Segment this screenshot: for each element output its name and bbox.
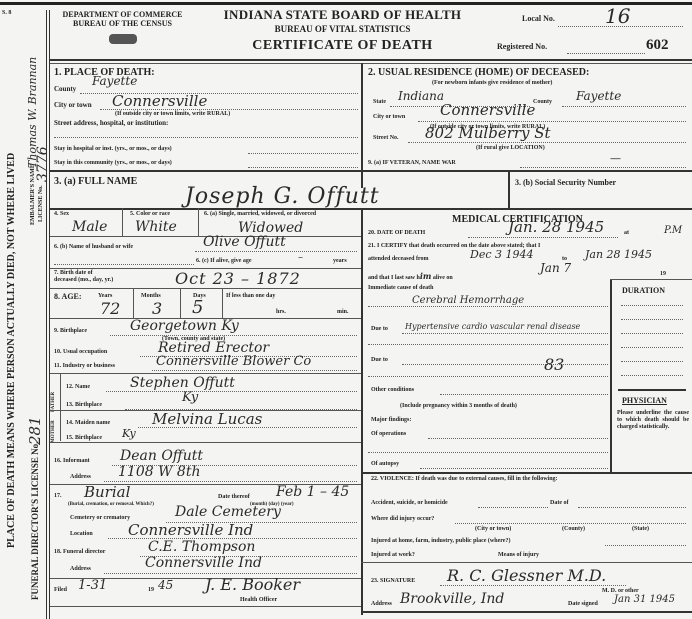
date-signed-value: Jan 31 1945 — [614, 594, 675, 605]
death-street-line — [54, 137, 358, 138]
duration-line-6 — [621, 375, 683, 376]
due-to-spacer-line — [368, 344, 608, 345]
disposition-method-value: Burial — [84, 483, 130, 501]
cemetery-label: Cemetery or crematory — [70, 515, 130, 521]
due-to-label-2: Due to — [371, 357, 388, 363]
industry-value: Connersville Blower Co — [156, 354, 311, 369]
bottom-divider-left — [50, 606, 361, 607]
health-officer-label: Health Officer — [240, 597, 277, 603]
full-name-value: Joseph G. Offutt — [185, 184, 380, 209]
pregnancy-note: (Include pregnancy within 3 months of de… — [400, 403, 517, 409]
min-label: min. — [337, 309, 349, 315]
res-street-line — [408, 142, 686, 143]
dept-line2: BUREAU OF THE CENSUS — [55, 19, 190, 28]
industry-line — [152, 370, 357, 371]
res-city-line — [418, 121, 686, 122]
time-label: at — [624, 230, 629, 236]
last-saw-label: and that I last saw him alive on — [368, 271, 453, 281]
injured-at-line — [605, 545, 686, 546]
certificate-title-block: INDIANA STATE BOARD OF HEALTH BUREAU OF … — [200, 7, 485, 54]
age-lt-day-label: If less than one day — [226, 293, 275, 299]
spouse-line — [195, 251, 357, 252]
age-days-value: 5 — [192, 297, 203, 318]
father-birthplace-label: 13. Birthplace — [66, 402, 102, 408]
informant-label: 16. Informant — [54, 458, 90, 464]
res-street-note: (If rural give LOCATION) — [476, 145, 545, 151]
accident-label: Accident, suicide, or homicide — [371, 500, 448, 506]
embalmer-license-value: 3776 — [35, 146, 51, 182]
embalmer-license-label: LICENSE No. — [38, 185, 44, 222]
row-divider-8 — [50, 288, 361, 289]
death-city-value: Connersville — [112, 92, 207, 110]
father-tag: FATHER — [51, 392, 56, 412]
birthplace-label: 9. Birthplace — [54, 328, 87, 334]
mother-maiden-value: Melvina Lucas — [152, 410, 262, 428]
mother-birthplace-value: Ky — [122, 427, 136, 440]
signature-value: R. C. Glessner M.D. — [447, 566, 606, 585]
age-divider-3 — [222, 288, 223, 318]
physician-heading: PHYSICIAN — [622, 396, 667, 405]
immediate-cause-value: Cerebral Hemorrhage — [412, 295, 524, 306]
stay-community-label: Stay in this community (yrs., or mos., o… — [54, 160, 172, 166]
birth-date-value: Oct 23 – 1872 — [175, 269, 301, 288]
other-conditions-line — [440, 394, 608, 395]
disposition-method-note: (Burial, cremation, or removal. Which?) — [68, 502, 154, 507]
duration-line-4 — [621, 347, 683, 348]
death-county-value: Fayette — [92, 74, 137, 88]
signature-line — [440, 585, 626, 586]
due-to-value-2: 83 — [544, 355, 564, 374]
row-divider-11 — [50, 373, 361, 374]
where-note-city: (City or town) — [475, 526, 511, 532]
autopsy-line — [420, 468, 608, 469]
hrs-label: hrs. — [276, 309, 286, 315]
header-divider — [50, 59, 692, 61]
full-name-label: 3. (a) FULL NAME — [54, 176, 137, 187]
header-divider-2 — [50, 63, 692, 64]
duration-line-5 — [621, 361, 683, 362]
duration-line-1 — [621, 305, 683, 306]
location-label: Location — [70, 531, 93, 537]
where-line — [455, 523, 686, 524]
signer-address-value: Brookville, Ind — [400, 591, 504, 607]
informant-address-line — [104, 481, 357, 482]
bureau-title: BUREAU OF VITAL STATISTICS — [200, 24, 485, 34]
row-divider-15 — [50, 442, 361, 443]
certificate-title: CERTIFICATE OF DEATH — [200, 38, 485, 54]
signature-divider — [361, 562, 692, 563]
filed-date: 1-31 — [78, 578, 107, 593]
due-to-value-1: Hypertensive cardio vascular renal disea… — [405, 322, 580, 331]
res-county-label: County — [533, 99, 552, 105]
margin-rule-2 — [49, 10, 50, 619]
operations-line-2 — [368, 452, 608, 453]
mother-tag: MOTHER — [51, 420, 56, 443]
funeral-director-address-value: Connersville Ind — [145, 555, 262, 571]
registered-no-label: Registered No. — [497, 42, 547, 51]
registered-no-line — [567, 53, 645, 54]
other-conditions-label: Other conditions — [371, 387, 414, 393]
birth-date-label-line1: 7. Birth date of — [54, 270, 113, 277]
last-saw-suffix: im — [420, 271, 432, 281]
death-city-note: (If outside city or town limits, write R… — [115, 111, 230, 117]
informant-value: Dean Offutt — [120, 448, 203, 464]
section-divider-1 — [50, 170, 692, 172]
ssn-divider — [508, 170, 510, 210]
section-divider-2 — [50, 208, 692, 210]
age-divider-2 — [180, 288, 181, 318]
disposition-date-label: Date thereof — [218, 494, 250, 500]
age-years-value: 72 — [100, 299, 120, 318]
filed-year: 45 — [158, 578, 173, 592]
place-of-death-note: PLACE OF DEATH MEANS WHERE PERSON ACTUAL… — [6, 153, 17, 548]
marital-label: 6. (a) Single, married, widowed, or divo… — [204, 211, 354, 218]
res-county-line — [562, 106, 686, 107]
date-of-death-value: Jan. 28 1945 — [508, 218, 604, 236]
spouse-age-prefix-line — [54, 264, 194, 265]
census-seal-icon — [109, 34, 137, 44]
informant-address-value: 1108 W 8th — [118, 464, 200, 480]
duration-heading: DURATION — [622, 286, 665, 295]
race-label: 5. Color or race — [130, 211, 170, 217]
where-note-county: (County) — [562, 526, 585, 532]
stay-community-line — [248, 167, 358, 168]
date-of-label: Date of — [550, 500, 569, 506]
veteran-value: — — [610, 152, 621, 165]
birthplace-line — [110, 335, 357, 336]
funeral-director-address-line — [104, 573, 357, 574]
birth-date-label: 7. Birth date of deceased (mo., day, yr.… — [54, 270, 113, 284]
funeral-license-value: 281 — [26, 416, 44, 445]
duration-box-left — [610, 279, 612, 472]
spouse-label: 6. (b) Name of husband or wife — [54, 244, 133, 250]
top-border — [0, 2, 692, 5]
age-label: 8. AGE: — [54, 292, 82, 301]
res-county-value: Fayette — [576, 89, 621, 103]
due-to-label-1: Due to — [371, 326, 388, 332]
father-name-value: Stephen Offutt — [130, 375, 235, 391]
alive-on-value: Jan 7 — [540, 261, 571, 275]
attended-from-value: Dec 3 1944 — [470, 248, 533, 261]
death-street-label: Street address, hospital, or institution… — [54, 119, 168, 127]
cemetery-value: Dale Cemetery — [175, 504, 281, 520]
race-marital-divider — [198, 208, 199, 236]
where-label: Where did injury occur? — [371, 516, 434, 522]
alive-on-label: alive on — [433, 275, 453, 281]
filed-label: Filed — [54, 587, 67, 593]
sex-value: Male — [72, 219, 107, 235]
sex-label: 4. Sex — [54, 211, 69, 217]
informant-address-label: Address — [70, 474, 91, 480]
filed-year-prefix: 19 — [148, 587, 154, 593]
date-of-death-label: 20. DATE OF DEATH — [368, 230, 425, 236]
res-street-label: Street No. — [373, 135, 399, 141]
injured-at-label: Injured at home, farm, industry, public … — [371, 538, 510, 544]
birthplace-value: Georgetown Ky — [130, 318, 239, 334]
operations-label: Of operations — [371, 431, 406, 437]
disposition-date-value: Feb 1 – 45 — [276, 484, 349, 500]
spouse-age-label: 6. (c) If alive, give age — [196, 258, 251, 264]
injured-work-label: Injured at work? — [371, 552, 415, 558]
violence-heading: 22. VIOLENCE: If death was due to extern… — [371, 476, 671, 483]
veteran-label: 9. (a) IF VETERAN, NAME WAR — [368, 160, 456, 166]
disposition-number: 17. — [54, 493, 62, 499]
due-to-spacer-line-2 — [368, 376, 608, 377]
spouse-age-unit: years — [333, 258, 347, 264]
sex-race-divider — [122, 208, 123, 236]
father-name-label: 12. Name — [66, 384, 90, 390]
immediate-cause-line — [368, 306, 608, 307]
major-findings-label: Major findings: — [371, 417, 411, 423]
spouse-age-value: – — [298, 252, 303, 263]
col-divider-main — [361, 208, 363, 615]
autopsy-label: Of autopsy — [371, 461, 399, 467]
duration-box-top — [610, 279, 692, 280]
res-state-label: State — [373, 99, 386, 105]
race-value: White — [135, 219, 177, 235]
registered-no-value: 602 — [646, 37, 669, 54]
residence-note: (For newborn infants give residence of m… — [432, 80, 552, 86]
age-months-value: 3 — [152, 299, 162, 318]
alive-on-year: 19 — [660, 271, 666, 277]
duration-box-bottom — [618, 389, 686, 391]
funeral-director-value: C.E. Thompson — [148, 539, 255, 555]
res-state-value: Indiana — [398, 89, 444, 103]
death-city-label: City or town — [54, 101, 92, 109]
dept-block: DEPARTMENT OF COMMERCE BUREAU OF THE CEN… — [55, 10, 190, 44]
physician-note: Please underline the cause to which deat… — [617, 410, 689, 431]
date-signed-label: Date signed — [568, 601, 598, 607]
attended-to-value: Jan 28 1945 — [585, 248, 652, 261]
margin-rule — [46, 10, 47, 619]
death-county-label: County — [54, 85, 76, 93]
occupation-label: 10. Usual occupation — [54, 349, 107, 355]
duration-line-3 — [621, 333, 683, 334]
stay-hospital-line — [248, 153, 358, 154]
due-to-line-2 — [402, 364, 608, 365]
due-to-line-1 — [402, 333, 608, 334]
immediate-cause-label: Immediate cause of death — [368, 285, 434, 291]
funeral-director-label: 18. Funeral director — [54, 549, 105, 555]
board-title: INDIANA STATE BOARD OF HEALTH — [200, 7, 485, 23]
form-code: S. 8 — [2, 10, 11, 16]
signature-label: 23. SIGNATURE — [371, 578, 415, 584]
accident-line — [478, 507, 548, 508]
res-city-value: Connersville — [440, 101, 535, 119]
last-saw-text: and that I last saw h — [368, 275, 420, 281]
date-of-line — [578, 507, 686, 508]
industry-label: 11. Industry or business — [54, 363, 115, 369]
funeral-license-label: FUNERAL DIRECTOR'S LICENSE No. — [30, 442, 40, 600]
stay-hospital-label: Stay in hospital or inst. (yrs., or mos.… — [54, 146, 172, 152]
date-of-death-line — [468, 237, 618, 238]
operations-line — [428, 438, 608, 439]
father-name-line — [106, 391, 357, 392]
mother-maiden-label: 14. Maiden name — [66, 420, 110, 426]
residence-heading: 2. USUAL RESIDENCE (HOME) OF DECEASED: — [368, 67, 589, 78]
age-divider-1 — [133, 288, 134, 318]
means-label: Means of injury — [498, 552, 539, 558]
where-note-state: (State) — [632, 526, 649, 532]
bottom-border-right — [361, 611, 692, 613]
father-birthplace-value: Ky — [182, 390, 198, 405]
spouse-value: Olive Offutt — [203, 234, 286, 250]
res-street-value: 802 Mulberry St — [425, 124, 551, 142]
veteran-line — [520, 167, 686, 168]
dept-line1: DEPARTMENT OF COMMERCE — [55, 10, 190, 19]
res-city-label: City or town — [373, 114, 405, 120]
birth-date-label-line2: deceased (mo., day, yr.) — [54, 277, 113, 284]
parent-tag-divider — [60, 373, 61, 441]
mother-birthplace-label: 15. Birthplace — [66, 435, 102, 441]
ssn-label: 3. (b) Social Security Number — [515, 178, 616, 187]
duration-line-2 — [621, 319, 683, 320]
funeral-director-address-label: Address — [70, 566, 91, 572]
health-officer-value: J. E. Booker — [205, 575, 300, 594]
time-value: P.M — [664, 225, 682, 236]
local-no-value: 16 — [605, 4, 630, 28]
signer-address-label: Address — [371, 601, 392, 607]
attended-label: attended deceased from — [368, 256, 429, 262]
local-no-label: Local No. — [522, 14, 555, 23]
violence-divider — [361, 472, 692, 474]
location-value: Connersville Ind — [128, 521, 253, 539]
